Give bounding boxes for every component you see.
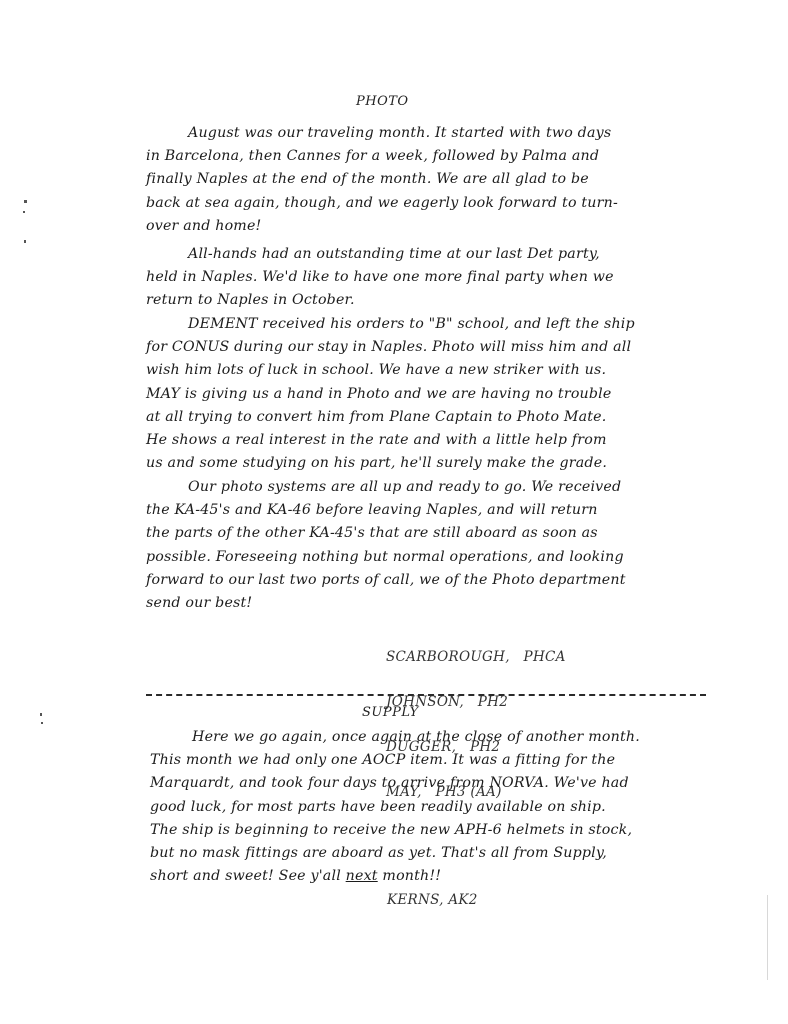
text-line: good luck, for most parts have been read…	[150, 796, 706, 819]
text-line: Marquardt, and took four days to arrive …	[150, 772, 706, 795]
text-line: for CONUS during our stay in Naples. Pho…	[146, 336, 702, 359]
text-line: This month we had only one AOCP item. It…	[150, 749, 706, 772]
photo-paragraph-1: August was our traveling month. It start…	[146, 122, 702, 238]
text-line: back at sea again, though, and we eagerl…	[146, 192, 702, 215]
text-line: but no mask fittings are aboard as yet. …	[150, 842, 706, 865]
text-line: DEMENT received his orders to "B" school…	[146, 313, 702, 336]
text-line: held in Naples. We'd like to have one mo…	[146, 266, 702, 289]
text-line: send our best!	[146, 592, 702, 615]
scan-edge	[767, 895, 768, 980]
section-heading-supply: SUPPLY	[362, 705, 419, 720]
text-line: over and home!	[146, 215, 702, 238]
text-line: The ship is beginning to receive the new…	[150, 819, 706, 842]
text-line: possible. Foreseeing nothing but normal …	[146, 546, 702, 569]
margin-mark	[40, 713, 42, 716]
text-line: at all trying to convert him from Plane …	[146, 406, 702, 429]
text-line: All-hands had an outstanding time at our…	[146, 243, 702, 266]
text-line: August was our traveling month. It start…	[146, 122, 702, 145]
text-line: He shows a real interest in the rate and…	[146, 429, 702, 452]
text-line: MAY is giving us a hand in Photo and we …	[146, 383, 702, 406]
margin-mark	[24, 200, 27, 203]
closing-text: short and sweet! See y'all	[150, 868, 346, 884]
text-line: in Barcelona, then Cannes for a week, fo…	[146, 145, 702, 168]
text-line-closing: short and sweet! See y'all next month!!	[150, 865, 706, 888]
underlined-word: next	[346, 868, 378, 884]
photo-paragraph-2: All-hands had an outstanding time at our…	[146, 243, 702, 313]
margin-mark	[23, 211, 25, 213]
section-heading-photo: PHOTO	[356, 94, 409, 109]
text-line: wish him lots of luck in school. We have…	[146, 359, 702, 382]
text-line: us and some studying on his part, he'll …	[146, 452, 702, 475]
margin-mark	[41, 722, 43, 724]
margin-mark	[24, 240, 26, 243]
signature-line: SCARBOROUGH, PHCA	[386, 650, 566, 665]
document-page: PHOTO August was our traveling month. It…	[0, 0, 788, 1024]
photo-paragraph-3: DEMENT received his orders to "B" school…	[146, 313, 702, 475]
text-line: Our photo systems are all up and ready t…	[146, 476, 702, 499]
closing-text-end: month!!	[378, 868, 441, 884]
text-line: the parts of the other KA-45's that are …	[146, 522, 702, 545]
photo-paragraph-4: Our photo systems are all up and ready t…	[146, 476, 702, 615]
supply-paragraph: Here we go again, once again at the clos…	[150, 726, 706, 888]
text-line: Here we go again, once again at the clos…	[150, 726, 706, 749]
text-line: forward to our last two ports of call, w…	[146, 569, 702, 592]
text-line: return to Naples in October.	[146, 289, 702, 312]
text-line: finally Naples at the end of the month. …	[146, 168, 702, 191]
text-line: the KA-45's and KA-46 before leaving Nap…	[146, 499, 702, 522]
section-divider	[146, 694, 706, 696]
supply-signature: KERNS, AK2	[387, 893, 478, 908]
